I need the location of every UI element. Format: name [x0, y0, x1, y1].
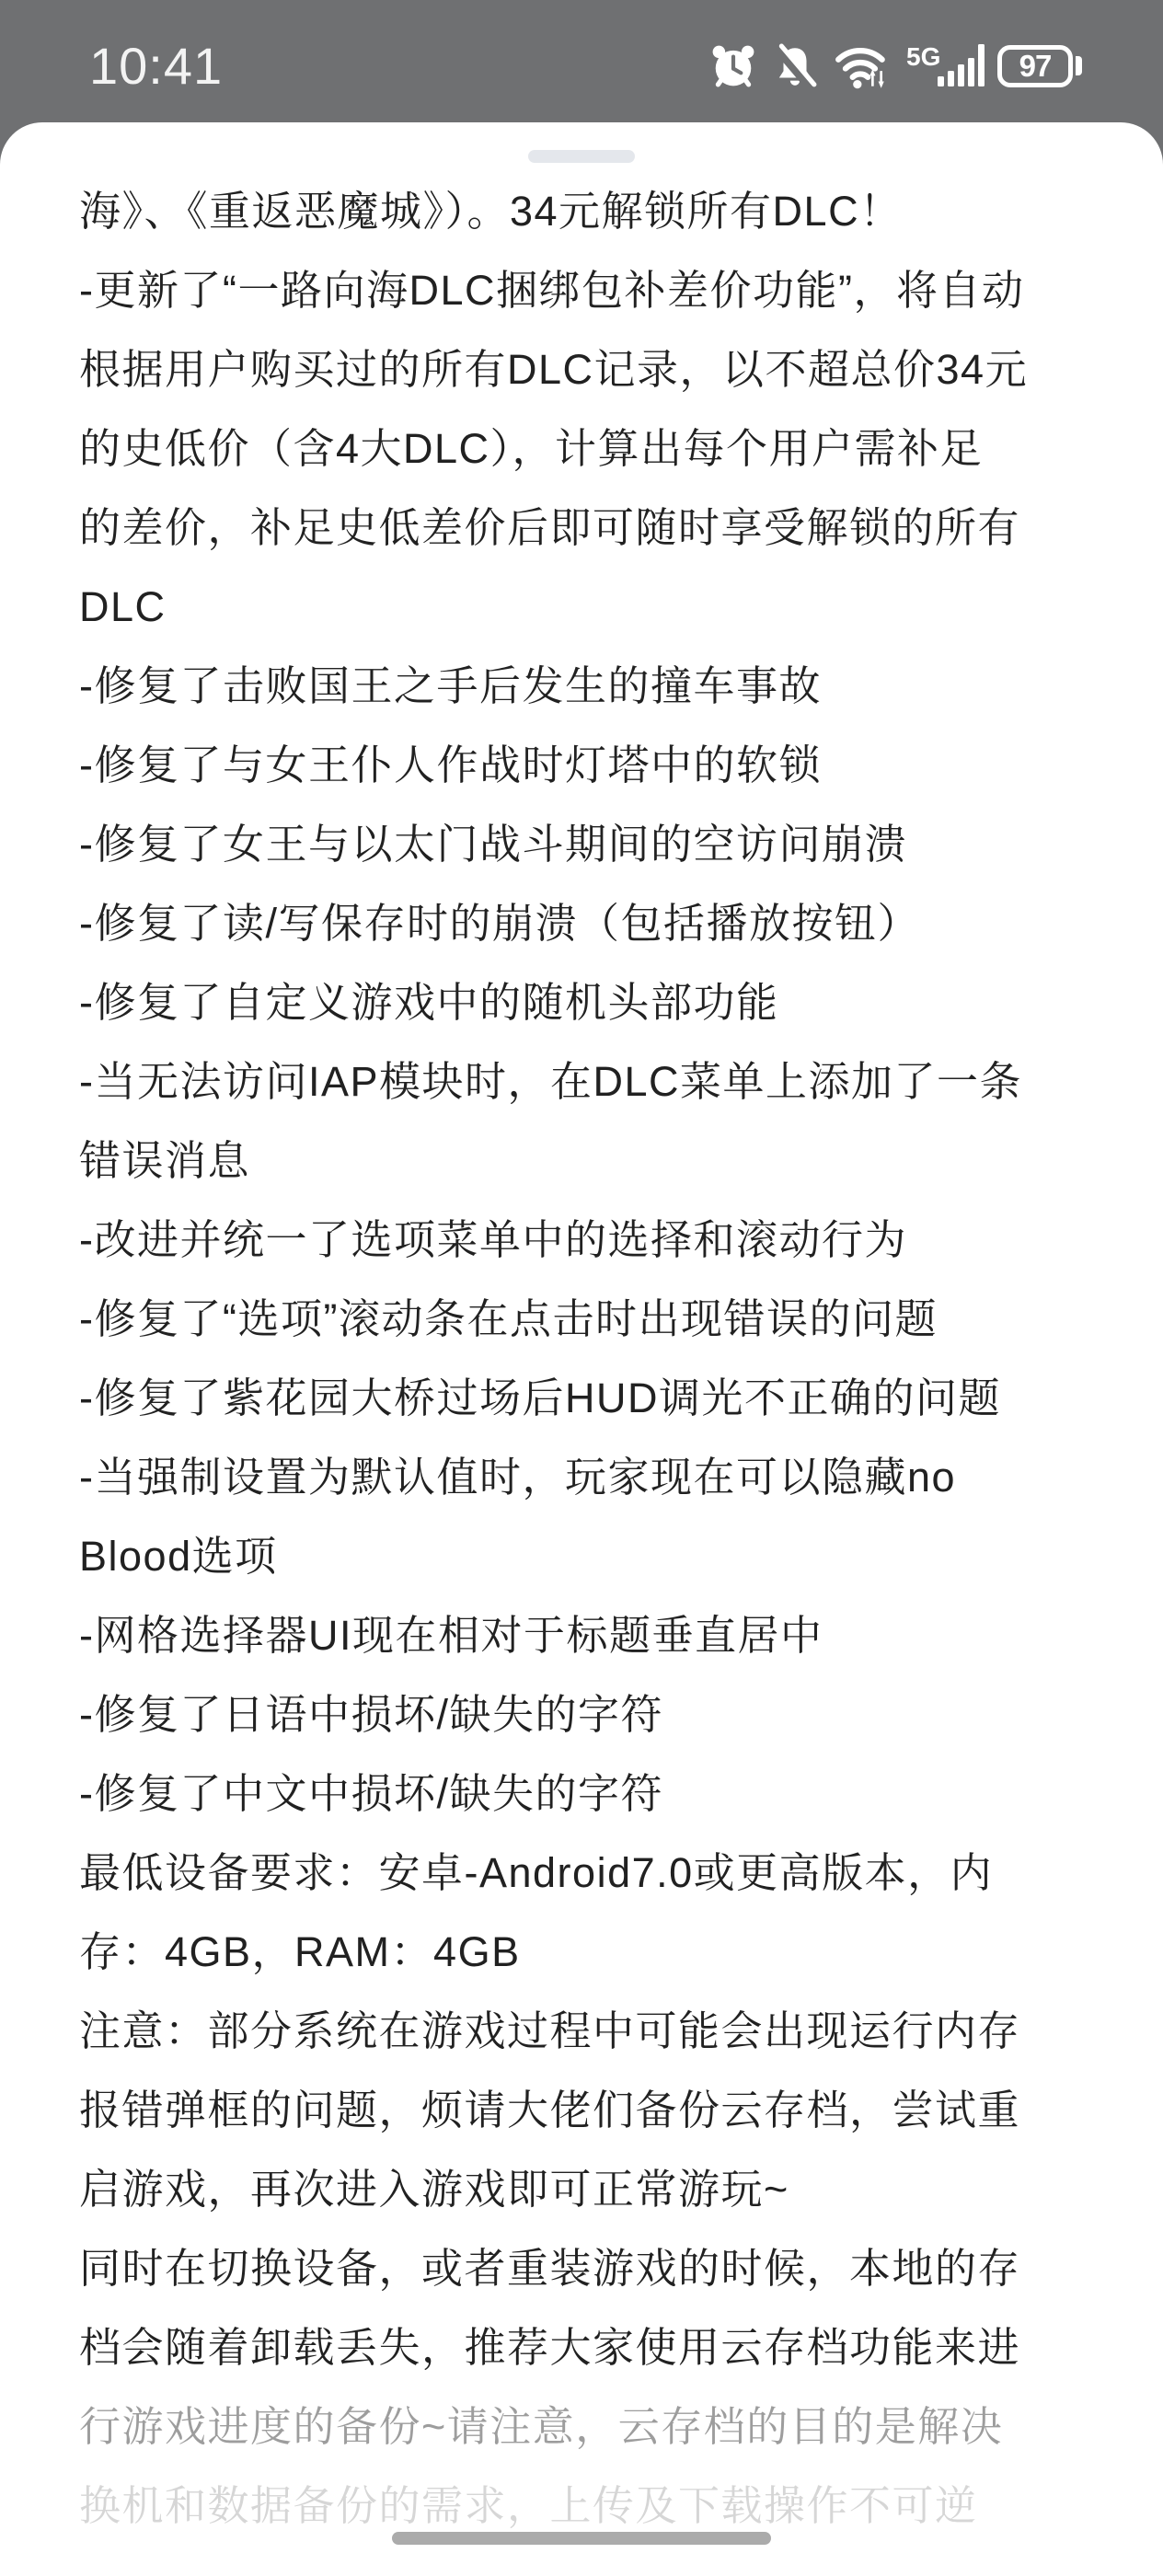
text-line: 存：4GB，RAM：4GB: [79, 1913, 1099, 1992]
text-line: 的差价，补足史低差价后即可随时享受解锁的所有: [79, 489, 1099, 568]
text-line: 的史低价（含4大DLC），计算出每个用户需补足: [79, 409, 1099, 489]
network-type-label: 5G: [906, 42, 940, 72]
battery-percent: 97: [1019, 49, 1052, 84]
text-line: -修复了中文中损坏/缺失的字符: [79, 1754, 1099, 1834]
text-line: 档会随着卸载丢失，推荐大家使用云存档功能来进: [79, 2308, 1099, 2387]
text-line: -当无法访问IAP模块时，在DLC菜单上添加了一条: [79, 1042, 1099, 1121]
status-bar: 10:41: [0, 0, 1163, 122]
text-line: 最低设备要求：安卓-Android7.0或更高版本，内: [79, 1834, 1099, 1913]
text-line: -修复了日语中损坏/缺失的字符: [79, 1675, 1099, 1754]
status-time: 10:41: [89, 36, 223, 96]
text-line: -更新了“一路向海DLC捆绑包补差价功能”，将自动: [79, 251, 1099, 330]
battery-nub: [1076, 56, 1082, 75]
wifi-icon: [834, 43, 891, 89]
text-line: -修复了自定义游戏中的随机头部功能: [79, 963, 1099, 1042]
text-line: -修复了“选项”滚动条在点击时出现错误的问题: [79, 1280, 1099, 1359]
bottom-sheet: 海》、《重返恶魔城》）。34元解锁所有DLC！-更新了“一路向海DLC捆绑包补差…: [0, 122, 1163, 2576]
text-line: DLC: [79, 568, 1099, 647]
text-line: 根据用户购买过的所有DLC记录，以不超总价34元: [79, 330, 1099, 409]
changelog-text[interactable]: 海》、《重返恶魔城》）。34元解锁所有DLC！-更新了“一路向海DLC捆绑包补差…: [0, 172, 1163, 2546]
text-line: 行游戏进度的备份~请注意，云存档的目的是解决: [79, 2387, 1099, 2467]
text-line: -网格选择器UI现在相对于标题垂直居中: [79, 1596, 1099, 1675]
text-line: 同时在切换设备，或者重装游戏的时候，本地的存: [79, 2229, 1099, 2308]
status-icons: 5G 97: [710, 43, 1082, 89]
text-line: -修复了读/写保存时的崩溃（包括播放按钮）: [79, 884, 1099, 963]
text-line: 启游戏，再次进入游戏即可正常游玩~: [79, 2150, 1099, 2229]
bell-muted-icon: [772, 43, 818, 89]
text-line: -修复了击败国王之手后发生的撞车事故: [79, 647, 1099, 726]
text-line: 报错弹框的问题，烦请大佬们备份云存档，尝试重: [79, 2071, 1099, 2150]
text-line: Blood选项: [79, 1517, 1099, 1596]
alarm-icon: [710, 43, 756, 89]
text-line: 错误消息: [79, 1121, 1099, 1201]
text-line: 海》、《重返恶魔城》）。34元解锁所有DLC！: [79, 172, 1099, 251]
drag-handle[interactable]: [528, 150, 635, 163]
text-line: -改进并统一了选项菜单中的选择和滚动行为: [79, 1201, 1099, 1280]
signal-bars: [938, 44, 985, 86]
battery-icon: 97: [997, 45, 1082, 87]
text-line: -修复了女王与以太门战斗期间的空访问崩溃: [79, 805, 1099, 884]
phone-screen: 10:41: [0, 0, 1163, 2576]
home-indicator[interactable]: [392, 2532, 771, 2545]
text-line: -当强制设置为默认值时，玩家现在可以隐藏no: [79, 1438, 1099, 1517]
text-line: -修复了紫花园大桥过场后HUD调光不正确的问题: [79, 1359, 1099, 1438]
signal-bars-icon: 5G: [906, 44, 982, 88]
text-line: 注意：部分系统在游戏过程中可能会出现运行内存: [79, 1992, 1099, 2071]
text-line: -修复了与女王仆人作战时灯塔中的软锁: [79, 726, 1099, 805]
